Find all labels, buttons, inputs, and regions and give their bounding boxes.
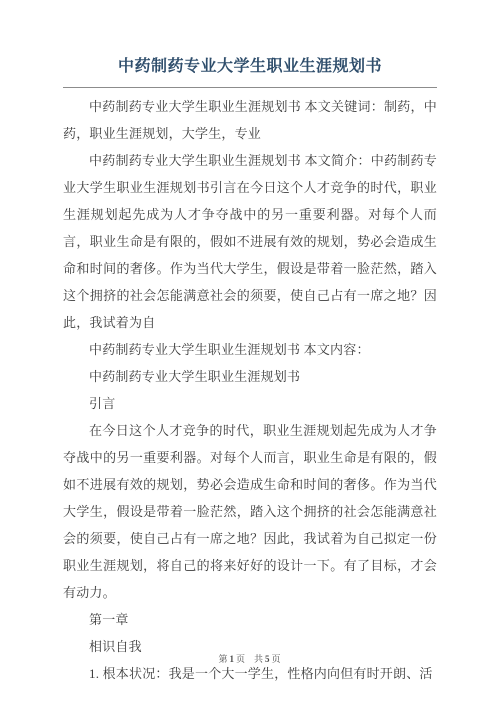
paragraph-intro-body: 在今日这个人才竞争的时代，职业生涯规划起先成为人才争夺战中的另一重要利器。对每个… xyxy=(63,417,437,606)
paragraph-subtitle: 中药制药专业大学生职业生涯规划书 xyxy=(63,363,437,390)
total-label-suffix: 页 xyxy=(272,654,282,664)
paragraph-summary: 中药制药专业大学生职业生涯规划书 本文简介：中药制药专业大学生职业生涯规划书引言… xyxy=(63,147,437,336)
paragraph-chapter-heading: 第一章 xyxy=(63,606,437,633)
page-label-suffix: 页 xyxy=(236,654,246,664)
document-page: 中药制药专业大学生职业生涯规划书 中药制药专业大学生职业生涯规划书 本文关键词：… xyxy=(0,0,500,707)
page-label-prefix: 第 xyxy=(218,654,228,664)
title-divider xyxy=(63,87,437,88)
current-page-number: 1 xyxy=(228,654,236,664)
paragraph-contents-label: 中药制药专业大学生职业生涯规划书 本文内容： xyxy=(63,336,437,363)
document-body: 中药制药专业大学生职业生涯规划书 本文关键词：制药，中药，职业生涯规划，大学生，… xyxy=(63,93,437,687)
total-label-prefix: 共 xyxy=(254,654,264,664)
total-page-number: 5 xyxy=(264,654,272,664)
document-title: 中药制药专业大学生职业生涯规划书 xyxy=(63,54,437,80)
paragraph-intro-heading: 引言 xyxy=(63,390,437,417)
paragraph-keywords: 中药制药专业大学生职业生涯规划书 本文关键词：制药，中药，职业生涯规划，大学生，… xyxy=(63,93,437,147)
page-number-footer: 第1页共5页 xyxy=(0,652,500,665)
